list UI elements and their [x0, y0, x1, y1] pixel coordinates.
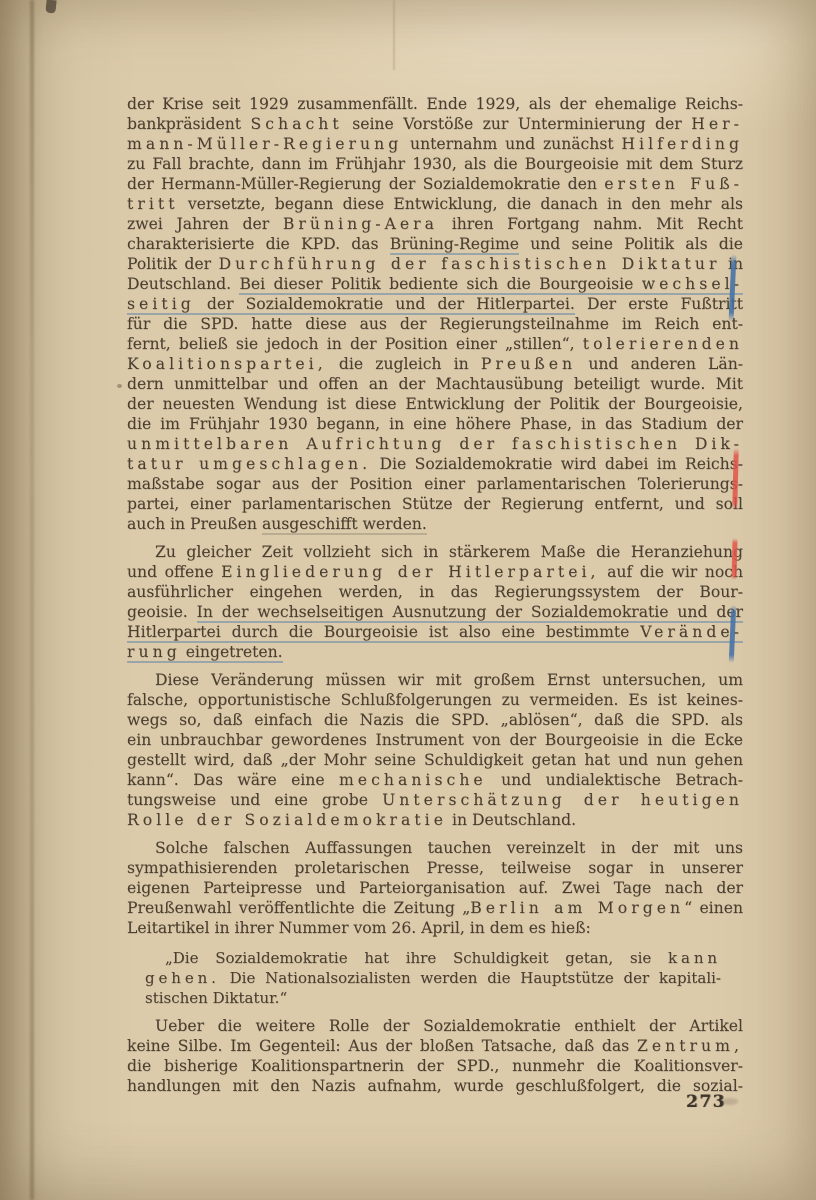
- paragraph: Ueber die weitere Rolle der Sozialdemokr…: [127, 1016, 743, 1096]
- text-segment: Berlin am Morgen: [470, 899, 684, 917]
- text-line: Diese Veränderung müssen wir mit großem …: [127, 670, 743, 690]
- underlined-text: Verände-: [640, 623, 743, 643]
- text-line: falsche, opportunistische Schlußfolgerun…: [127, 690, 743, 710]
- text-segment: wegs so, daß einfach die Nazis die SPD. …: [127, 711, 743, 729]
- text-segment: und seine Politik als die: [519, 235, 743, 253]
- underlined-text: eingetreten.: [181, 643, 283, 663]
- paragraph: Diese Veränderung müssen wir mit großem …: [127, 670, 743, 830]
- text-segment: die im Frühjahr 1930 begann, in eine höh…: [127, 415, 743, 433]
- text-segment: ein unbrauchbar gewordenes Instrument vo…: [127, 731, 743, 749]
- text-line: gestellt wird, daß „der Mohr seine Schul…: [127, 750, 743, 770]
- text-segment: kann: [668, 949, 721, 967]
- paper-crease: [393, 0, 395, 70]
- text-line: die im Frühjahr 1930 begann, in eine höh…: [127, 414, 743, 434]
- text-line: dern unmittelbar und offen an der Machta…: [127, 374, 743, 394]
- text-segment: der neuesten Wendung ist diese Entwicklu…: [127, 395, 743, 413]
- text-line: stischen Diktatur.“: [145, 988, 721, 1008]
- text-line: ein unbrauchbar gewordenes Instrument vo…: [127, 730, 743, 750]
- text-segment: seine Vorstöße zur Unterminierung der: [343, 115, 692, 133]
- text-segment: fernt, beließ sie jedoch in der Position…: [127, 335, 583, 353]
- text-segment: für die SPD. hatte diese aus der Regieru…: [127, 315, 743, 333]
- text-segment: Zu gleicher Zeit vollzieht sich in stärk…: [155, 543, 743, 561]
- text-segment: gestellt wird, daß „der Mohr seine Schul…: [127, 751, 743, 769]
- text-line: maßstabe sogar aus der Position einer pa…: [127, 474, 743, 494]
- scanned-book-page: { "page": { "number": "273", "language":…: [0, 0, 816, 1200]
- text-segment: die zugleich in: [327, 355, 481, 373]
- text-segment: tungsweise und eine grobe: [127, 791, 382, 809]
- spine-edge-mark: [45, 0, 56, 13]
- text-block: der Krise seit 1929 zusammenfällt. Ende …: [127, 94, 743, 1096]
- text-line: geoisie. In der wechselseitigen Ausnutzu…: [127, 602, 743, 622]
- text-line: keine Silbe. Im Gegenteil: Aus der bloße…: [127, 1036, 743, 1056]
- text-segment: Her-: [691, 115, 743, 133]
- text-line: fernt, beließ sie jedoch in der Position…: [127, 334, 743, 354]
- text-line: charakterisierte die KPD. das Brüning-Re…: [127, 234, 743, 254]
- text-line: eigenen Parteipresse und Parteiorganisat…: [127, 878, 743, 898]
- text-segment: Preußenwahl veröffentlichte die Zeitung …: [127, 899, 470, 917]
- underlined-text: Bei dieser Politik bediente sich die Bou…: [239, 275, 641, 295]
- paragraph: der Krise seit 1929 zusammenfällt. Ende …: [127, 94, 743, 534]
- text-segment: zu Fall brachte, dann im Frühjahr 1930, …: [127, 155, 743, 173]
- page-number: 273: [686, 1092, 726, 1112]
- text-line: tatur umgeschlagen. Die Sozialdemokratie…: [127, 454, 743, 474]
- text-segment: auch in Preußen: [127, 515, 262, 533]
- text-segment: Koalitionspartei,: [127, 355, 327, 373]
- text-segment: Die Sozialdemokratie wird dabei im Reich…: [371, 455, 743, 473]
- text-line: Solche falschen Auffassungen tauchen ver…: [127, 838, 743, 858]
- text-line: gehen. Die Nationalsozialisten werden di…: [145, 968, 721, 988]
- text-segment: versetzte, begann diese Entwicklung, die…: [179, 195, 743, 213]
- text-line: und offene Eingliederung der Hitlerparte…: [127, 562, 743, 582]
- text-line: „Die Sozialdemokratie hat ihre Schuldigk…: [145, 948, 721, 968]
- text-line: handlungen mit den Nazis aufnahm, wurde …: [127, 1076, 743, 1096]
- binding-fold-shadow: [30, 0, 34, 1200]
- text-line: der Hermann-Müller-Regierung der Soziald…: [127, 174, 743, 194]
- paper-background: der Krise seit 1929 zusammenfällt. Ende …: [0, 0, 816, 1200]
- text-line: Politik der Durchführung der faschistisc…: [127, 254, 743, 274]
- block-quote: „Die Sozialdemokratie hat ihre Schuldigk…: [145, 948, 721, 1008]
- text-line: Leitartikel in ihrer Nummer vom 26. Apri…: [127, 918, 743, 938]
- text-line: unmittelbaren Aufrichtung der faschistis…: [127, 434, 743, 454]
- text-segment: stischen Diktatur.“: [145, 989, 287, 1007]
- text-segment: unmittelbaren Aufrichtung der faschistis…: [127, 435, 743, 453]
- text-segment: Leitartikel in ihrer Nummer vom 26. Apri…: [127, 919, 591, 937]
- underlined-text: In der wechselseitigen Ausnutzung der So…: [197, 603, 743, 623]
- text-segment: eigenen Parteipresse und Parteiorganisat…: [127, 879, 743, 897]
- text-segment: charakterisierte die KPD. das: [127, 235, 390, 253]
- text-line: Hitlerpartei durch die Bourgeoisie ist a…: [127, 622, 743, 642]
- page-number-smudge: [722, 1098, 738, 1105]
- text-line: Ueber die weitere Rolle der Sozialdemokr…: [127, 1016, 743, 1036]
- underlined-text: rung: [127, 643, 181, 663]
- text-line: Deutschland. Bei dieser Politik bediente…: [127, 274, 743, 294]
- text-segment: Eingliederung der Hitlerpartei,: [221, 563, 599, 581]
- text-segment: tolerierenden: [583, 335, 743, 353]
- text-line: der neuesten Wendung ist diese Entwicklu…: [127, 394, 743, 414]
- underlined-text: seitig: [127, 295, 195, 315]
- text-line: mann-Müller-Regierung unternahm und zunä…: [127, 134, 743, 154]
- text-line: sympathisierenden proletarischen Presse,…: [127, 858, 743, 878]
- text-segment: Zentrum,: [637, 1037, 743, 1055]
- text-segment: gehen.: [145, 969, 220, 987]
- text-line: Zu gleicher Zeit vollzieht sich in stärk…: [127, 542, 743, 562]
- text-line: Koalitionspartei, die zugleich in Preuße…: [127, 354, 743, 374]
- text-segment: auf die wir noch: [600, 563, 743, 581]
- text-segment: handlungen mit den Nazis aufnahm, wurde …: [127, 1077, 743, 1095]
- text-segment: Unterschätzung der heutigen: [382, 791, 743, 809]
- text-segment: Politik der: [127, 255, 219, 273]
- text-segment: ersten Fuß-: [604, 175, 743, 193]
- text-segment: bankpräsident: [127, 115, 251, 133]
- underlined-text: Brüning-Regime: [390, 235, 519, 255]
- text-line: der Krise seit 1929 zusammenfällt. Ende …: [127, 94, 743, 114]
- text-segment: Solche falschen Auffassungen tauchen ver…: [155, 839, 743, 857]
- text-segment: unternahm und zunächst: [402, 135, 621, 153]
- text-segment: falsche, opportunistische Schlußfolgerun…: [127, 691, 743, 709]
- paragraph: Solche falschen Auffassungen tauchen ver…: [127, 838, 743, 938]
- text-line: ausführlicher eingehen werden, in das Re…: [127, 582, 743, 602]
- text-segment: tatur umgeschlagen.: [127, 455, 371, 473]
- text-segment: “ einen: [684, 899, 743, 917]
- text-line: für die SPD. hatte diese aus der Regieru…: [127, 314, 743, 334]
- text-segment: und anderen Län-: [576, 355, 743, 373]
- stray-ink-mark: [117, 384, 122, 388]
- text-segment: mann-Müller-Regierung: [127, 135, 402, 153]
- text-segment: sympathisierenden proletarischen Presse,…: [127, 859, 743, 877]
- text-segment: und offene: [127, 563, 221, 581]
- underlined-text: wechsel-: [642, 275, 743, 295]
- paragraph: Zu gleicher Zeit vollzieht sich in stärk…: [127, 542, 743, 662]
- text-segment: der Hermann-Müller-Regierung der Soziald…: [127, 175, 604, 193]
- text-segment: geoisie.: [127, 603, 197, 621]
- text-segment: ihren Fortgang nahm. Mit Recht: [438, 215, 743, 233]
- text-line: Preußenwahl veröffentlichte die Zeitung …: [127, 898, 743, 918]
- text-segment: Hilferding: [621, 135, 743, 153]
- text-segment: Die Nationalsozialisten werden die Haupt…: [220, 969, 721, 987]
- text-line: seitig der Sozialdemokratie und der Hitl…: [127, 294, 743, 314]
- underlined-text: der Sozialdemokratie und der Hitlerparte…: [195, 295, 575, 315]
- text-line: die bisherige Koalitionspartnerin der SP…: [127, 1056, 743, 1076]
- text-segment: ausführlicher eingehen werden, in das Re…: [127, 583, 743, 601]
- text-segment: dern unmittelbar und offen an der Machta…: [127, 375, 743, 393]
- text-line: partei, einer parlamentarischen Stütze d…: [127, 494, 743, 514]
- text-segment: tritt: [127, 195, 179, 213]
- text-segment: Durchführung der faschistischen Diktatur: [219, 255, 721, 273]
- text-segment: Ueber die weitere Rolle der Sozialdemokr…: [155, 1017, 743, 1035]
- text-segment: Diese Veränderung müssen wir mit großem …: [155, 671, 743, 689]
- text-segment: kann“. Das wäre eine: [127, 771, 339, 789]
- text-segment: mechanische: [339, 771, 487, 789]
- text-segment: zwei Jahren der: [127, 215, 283, 233]
- text-segment: Preußen: [481, 355, 576, 373]
- text-segment: und undialektische Betrach-: [487, 771, 743, 789]
- text-line: tungsweise und eine grobe Unterschätzung…: [127, 790, 743, 810]
- text-line: auch in Preußen ausgeschifft werden.: [127, 514, 743, 534]
- text-line: zwei Jahren der Brüning-Aera ihren Fortg…: [127, 214, 743, 234]
- text-segment: in Deutschland.: [447, 811, 576, 829]
- text-line: wegs so, daß einfach die Nazis die SPD. …: [127, 710, 743, 730]
- text-line: bankpräsident Schacht seine Vorstöße zur…: [127, 114, 743, 134]
- text-line: zu Fall brachte, dann im Frühjahr 1930, …: [127, 154, 743, 174]
- text-line: tritt versetzte, begann diese Entwicklun…: [127, 194, 743, 214]
- text-segment: keine Silbe. Im Gegenteil: Aus der bloße…: [127, 1037, 637, 1055]
- text-segment: Brüning-Aera: [283, 215, 438, 233]
- text-segment: partei, einer parlamentarischen Stütze d…: [127, 495, 743, 513]
- text-line: Rolle der Sozialdemokratie in Deutschlan…: [127, 810, 743, 830]
- text-segment: Deutschland.: [127, 275, 239, 293]
- text-segment: Der erste Fußtritt: [575, 295, 743, 313]
- text-segment: maßstabe sogar aus der Position einer pa…: [127, 475, 743, 493]
- text-segment: die bisherige Koalitionspartnerin der SP…: [127, 1057, 743, 1075]
- text-segment: Schacht: [251, 115, 343, 133]
- text-segment: „Die Sozialdemokratie hat ihre Schuldigk…: [165, 949, 668, 967]
- text-line: rung eingetreten.: [127, 642, 743, 662]
- text-segment: Rolle der Sozialdemokratie: [127, 811, 447, 829]
- underlined-text: Hitlerpartei durch die Bourgeoisie ist a…: [127, 623, 640, 643]
- underlined-text: ausgeschifft werden.: [262, 515, 427, 535]
- text-segment: der Krise seit 1929 zusammenfällt. Ende …: [127, 95, 743, 113]
- text-line: kann“. Das wäre eine mechanische und und…: [127, 770, 743, 790]
